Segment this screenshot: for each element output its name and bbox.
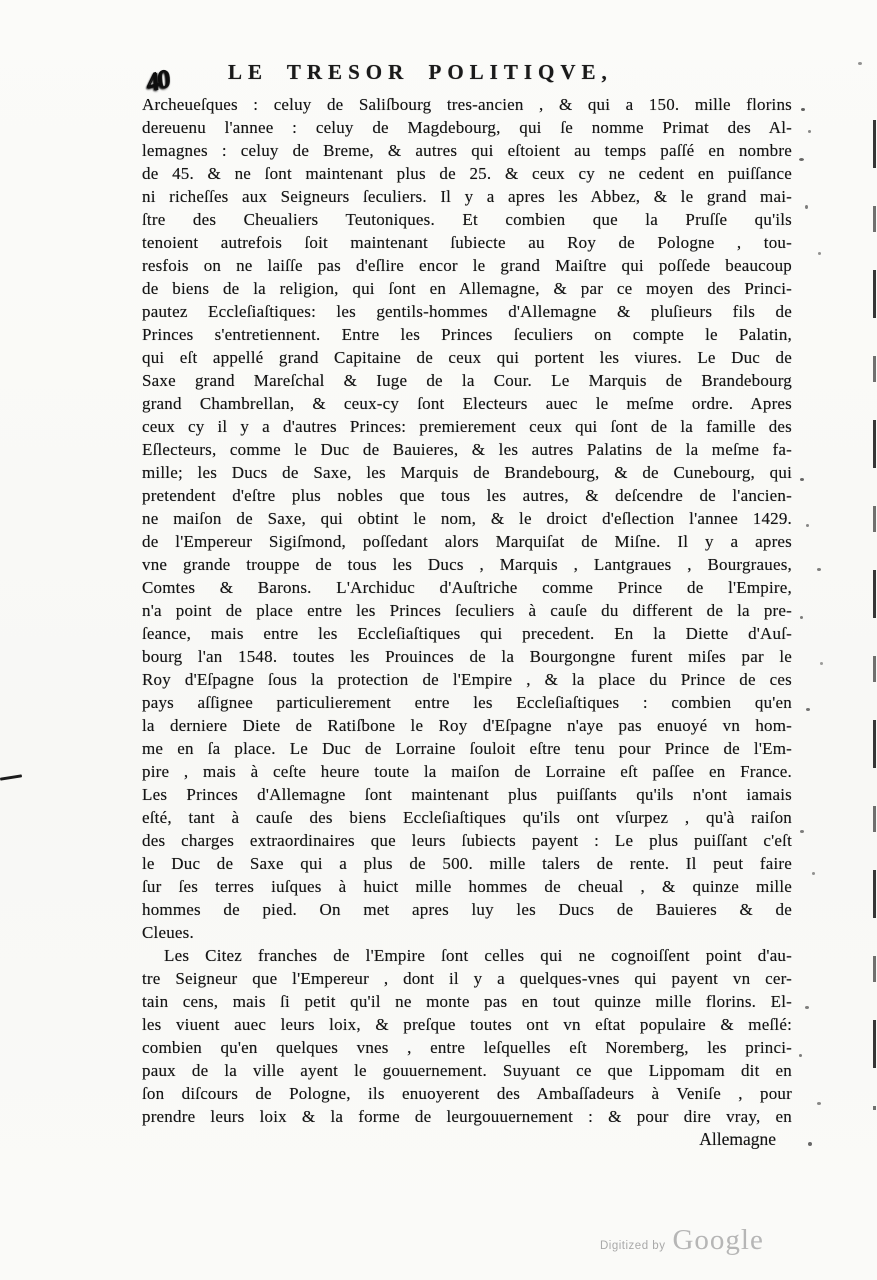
text-line: la derniere Diete de Ratiſbone le Roy d'… <box>142 714 792 737</box>
text-line: hommes de pied. On met apres luy les Duc… <box>142 898 792 921</box>
text-line: combien qu'en quelques vnes , entre leſq… <box>142 1036 792 1059</box>
text-line: de 45. & ne ſont maintenant plus de 25. … <box>142 162 792 185</box>
text-line: pretendent d'eſtre plus nobles que tous … <box>142 484 792 507</box>
scan-speck <box>808 130 811 133</box>
scan-speck <box>806 524 809 527</box>
scan-speck <box>808 1142 812 1146</box>
text-line: Saxe grand Mareſchal & Iuge de la Cour. … <box>142 369 792 392</box>
text-line: ſon diſcours de Pologne, ils enuoyerent … <box>142 1082 792 1105</box>
scan-speck <box>812 872 815 875</box>
text-line: eſté, tant à cauſe des biens Eccleſiaſti… <box>142 806 792 829</box>
text-line: pire , mais à ceſte heure toute la maiſo… <box>142 760 792 783</box>
scan-speck <box>858 62 862 65</box>
text-line: Eſlecteurs, comme le Duc de Bauieres, & … <box>142 438 792 461</box>
text-line: qui eſt appellé grand Capitaine de ceux … <box>142 346 792 369</box>
text-line: me en ſa place. Le Duc de Lorraine ſoulo… <box>142 737 792 760</box>
text-line: de l'Empereur Sigiſmond, poſſedant alors… <box>142 530 792 553</box>
text-line: pautez Eccleſiaſtiques: les gentils-homm… <box>142 300 792 323</box>
text-line: les viuent auec leurs loix, & preſque to… <box>142 1013 792 1036</box>
scan-speck <box>799 1054 802 1057</box>
text-line: des charges extraordinaires que leurs ſu… <box>142 829 792 852</box>
running-head-title: LE TRESOR POLITIQVE, <box>228 60 613 85</box>
text-line: ne maiſon de Saxe, qui obtint le nom, & … <box>142 507 792 530</box>
scan-speck <box>801 108 805 111</box>
text-line: ſtre des Cheualiers Teutoniques. Et comb… <box>142 208 792 231</box>
scan-speck <box>799 158 804 161</box>
scan-artifact-edge-line <box>873 120 876 1110</box>
text-line: Les Princes d'Allemagne ſont maintenant … <box>142 783 792 806</box>
text-line: Princes s'entretiennent. Entre les Princ… <box>142 323 792 346</box>
text-line: n'a point de place entre les Princes ſec… <box>142 599 792 622</box>
text-line: ſur ſes terres iuſques à huict mille hom… <box>142 875 792 898</box>
text-line: tain cens, mais ſi petit qu'il ne monte … <box>142 990 792 1013</box>
text-line: pays aſſignee particulierement entre les… <box>142 691 792 714</box>
text-line: paux de la ville ayent le gouuernement. … <box>142 1059 792 1082</box>
text-line: Archeueſques : celuy de Saliſbourg tres-… <box>142 93 792 116</box>
scan-speck <box>820 662 823 665</box>
text-line: Les Citez franches de l'Empire ſont cell… <box>142 944 792 967</box>
scan-speck <box>800 830 804 833</box>
text-line: Cleues. <box>142 921 792 944</box>
scan-speck <box>817 1102 821 1105</box>
text-line: resfois on ne laiſſe pas d'eſlire encor … <box>142 254 792 277</box>
text-line: ſeance, mais entre les Eccleſiaſtiques q… <box>142 622 792 645</box>
scan-speck <box>805 205 808 209</box>
digitized-by-label: Digitized by <box>600 1240 665 1252</box>
scan-artifact-dash <box>0 774 22 780</box>
text-line: le Duc de Saxe qui a plus de 500. mille … <box>142 852 792 875</box>
scan-speck <box>806 708 810 711</box>
text-line: ni richeſſes aux Seigneurs ſeculiers. Il… <box>142 185 792 208</box>
text-line: de biens de la religion, qui ſont en All… <box>142 277 792 300</box>
text-line: prendre leurs loix & la forme de leurgou… <box>142 1105 792 1128</box>
text-line: vne grande trouppe de tous les Ducs , Ma… <box>142 553 792 576</box>
text-line: tre Seigneur que l'Empereur , dont il y … <box>142 967 792 990</box>
scan-speck <box>805 1006 809 1009</box>
text-line: dereuenu l'annee : celuy de Magdebourg, … <box>142 116 792 139</box>
text-line: lemagnes : celuy de Breme, & autres qui … <box>142 139 792 162</box>
text-line: Comtes & Barons. L'Archiduc d'Auſtriche … <box>142 576 792 599</box>
text-line: ceux cy il y a d'autres Princes: premier… <box>142 415 792 438</box>
text-line: bourg l'an 1548. toutes les Prouinces de… <box>142 645 792 668</box>
scan-speck <box>818 252 821 255</box>
text-line: mille; les Ducs de Saxe, les Marquis de … <box>142 461 792 484</box>
scanned-book-page: 40 LE TRESOR POLITIQVE, Archeueſques : c… <box>0 0 877 1280</box>
body-text-block: Archeueſques : celuy de Saliſbourg tres-… <box>142 93 792 1128</box>
google-watermark: Digitized by Google <box>600 1224 764 1257</box>
text-line: Roy d'Eſpagne ſous la protection de l'Em… <box>142 668 792 691</box>
scan-speck <box>800 478 804 481</box>
text-line: grand Chambrellan, & ceux-cy ſont Electe… <box>142 392 792 415</box>
google-logo: Google <box>672 1224 763 1257</box>
catchword: Allemagne <box>142 1128 776 1151</box>
scan-speck <box>800 616 803 619</box>
scan-speck <box>817 568 821 571</box>
text-line: tenoient autrefois ſoit maintenant ſubie… <box>142 231 792 254</box>
